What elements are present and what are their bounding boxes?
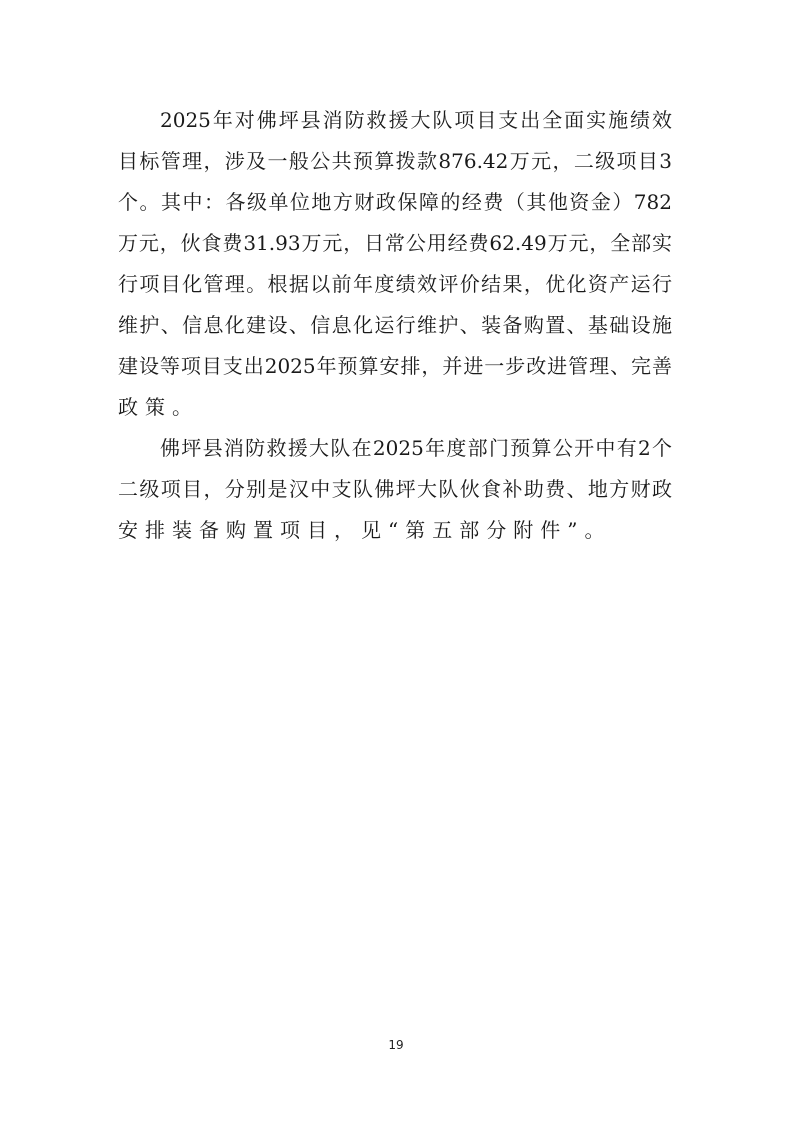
text-line: 行项目化管理。根据以前年度绩效评价结果，优化资产运行	[118, 268, 672, 300]
document-page: 2025年对佛坪县消防救援大队项目支出全面实施绩效 目标管理，涉及一般公共预算拨…	[0, 0, 792, 1121]
text-line: 万元，伙食费31.93万元，日常公用经费62.49万元，全部实	[118, 227, 672, 259]
text-line: 政策。	[118, 391, 672, 423]
text-line: 目标管理，涉及一般公共预算拨款876.42万元，二级项目3	[118, 145, 672, 177]
text-line: 维护、信息化建设、信息化运行维护、装备购置、基础设施	[118, 309, 672, 341]
text-line: 个。其中：各级单位地方财政保障的经费（其他资金）782	[118, 186, 672, 218]
text-line: 二级项目，分别是汉中支队佛坪大队伙食补助费、地方财政	[118, 473, 672, 505]
text-line: 2025年对佛坪县消防救援大队项目支出全面实施绩效	[160, 104, 672, 136]
text-line: 安排装备购置项目，见“第五部分附件”。	[118, 514, 672, 546]
text-line: 建设等项目支出2025年预算安排，并进一步改进管理、完善	[118, 350, 672, 382]
text-line: 佛坪县消防救援大队在2025年度部门预算公开中有2个	[160, 432, 672, 464]
page-number: 19	[0, 1038, 792, 1052]
